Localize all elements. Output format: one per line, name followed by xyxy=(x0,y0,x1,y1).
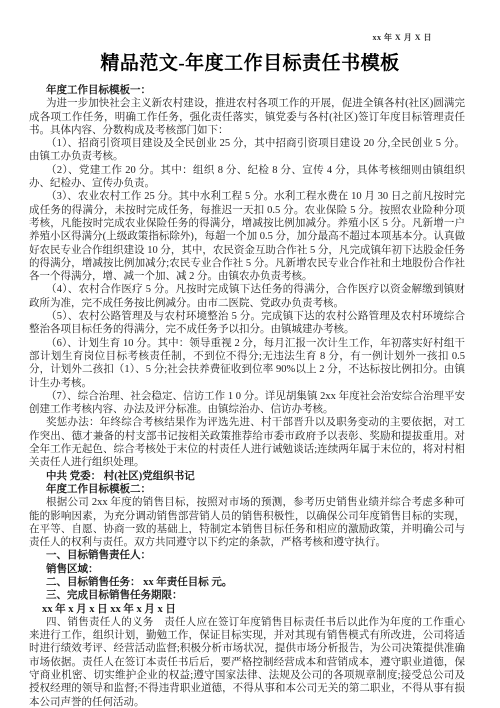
paragraph-body: （7）、综合治理、社会稳定、信访工作 1 0 分。详见胡集镇 2xx 年度社会治… xyxy=(29,390,465,417)
paragraph-body: （5）、农村公路管理及与农村环境整治 5 分。完成镇下达的农村公路管理及农村环境… xyxy=(29,310,465,337)
date-stamp: xx 年 X 月 X 日 xyxy=(372,32,432,43)
paragraph-body: 奖惩办法：年终综合考核结果作为评选先进、村干部晋升以及职务变动的主要依据，对工作… xyxy=(29,416,465,469)
document-body: 年度工作目标模板一：为进一步加快社会主义新农村建设，推进农村各项工作的开展，促进… xyxy=(29,84,465,708)
paragraph-heading: 年度工作目标模板一： xyxy=(29,84,465,97)
page-title: 精品范文-年度工作目标责任书模板 xyxy=(0,48,500,75)
paragraph-body: （4）、农村合作医疗 5 分。凡按时完成镇下达任务的得满分，合作医疗以资金解缴到… xyxy=(29,283,465,310)
document-page: xx 年 X 月 X 日 精品范文-年度工作目标责任书模板 年度工作目标模板一：… xyxy=(0,0,500,708)
paragraph-body: （2）、党建工作 20 分。其中：组织 8 分、纪检 8 分、宣传 4 分，具体… xyxy=(29,164,465,191)
paragraph-heading: 销售区域： xyxy=(29,563,465,576)
paragraph-heading: 年度工作目标模板二： xyxy=(29,483,465,496)
paragraph-body: 为进一步加快社会主义新农村建设，推进农村各项工作的开展，促进全镇各村(社区)圆满… xyxy=(29,97,465,137)
paragraph-body: （6）、计划生育 10 分。其中：领导重视 2 分，每月汇报一次计生工作，年初落… xyxy=(29,337,465,390)
paragraph-heading: 一、目标销售责任人： xyxy=(29,549,465,562)
paragraph-body: 四、销售责任人的义务 责任人应在签订年度销售目标责任书后以此作为年度的工作重心来… xyxy=(29,616,465,708)
paragraph-heading: 三、完成目标销售任务期限： xyxy=(29,589,465,602)
paragraph-body: （3）、农业农村工作 25 分。其中水利工程 5 分。水利工程水费在 10 月 … xyxy=(29,190,465,283)
paragraph-heading: 二、目标销售任务： xx 年责任目标 元。 xyxy=(29,576,465,589)
paragraph-signature: 中共 党委： 村(社区)党组织书记 xyxy=(29,470,465,483)
paragraph-dateline: xx 年 x 月 x 日 xx 年 x 月 x 日 xyxy=(29,603,465,616)
paragraph-body: 根据公司 2xx 年度的销售目标，按照对市场的预测，参考历史销售业绩并综合考虑多… xyxy=(29,496,465,549)
paragraph-body: （1）、招商引资项目建设及全民创业 25 分，其中招商引资项目建设 20 分,全… xyxy=(29,137,465,164)
